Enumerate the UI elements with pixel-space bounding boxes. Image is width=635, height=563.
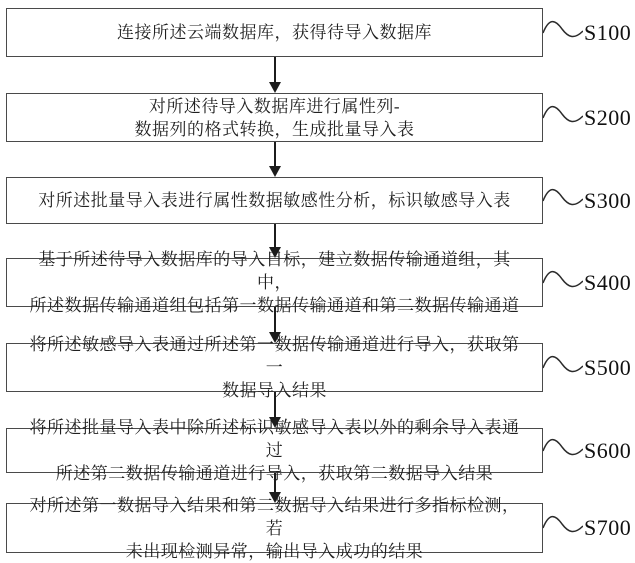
- arrow-head: [269, 417, 281, 428]
- flow-step-box-7: 对所述第一数据导入结果和第二数据导入结果进行多指标检测，若 未出现检测异常，输出…: [6, 503, 543, 553]
- flow-step-box-4: 基于所述待导入数据库的导入目标，建立数据传输通道组，其中， 所述数据传输通道组包…: [6, 258, 543, 307]
- step-id-label: S600: [584, 437, 631, 465]
- step-id-label: S500: [584, 354, 631, 382]
- flow-step-text-3: 对所述批量导入表进行属性数据敏感性分析，标识敏感导入表: [7, 189, 542, 212]
- arrow-shaft: [274, 473, 276, 492]
- step-id-label: S200: [584, 104, 631, 132]
- down-arrow-icon: [264, 392, 286, 428]
- squiggle-connector-icon: [543, 438, 583, 464]
- arrow-shaft: [274, 224, 276, 247]
- flow-step-box-6: 将所述批量导入表中除所述标识敏感导入表以外的剩余导入表通过 所述第二数据传输通道…: [6, 428, 543, 473]
- squiggle-connector-icon: [543, 105, 583, 131]
- step-label-group-5: S500: [543, 354, 631, 382]
- arrow-head: [269, 492, 281, 503]
- squiggle-connector-icon: [543, 20, 583, 46]
- arrow-head: [269, 332, 281, 343]
- arrow-shaft: [274, 392, 276, 417]
- arrow-head: [269, 247, 281, 258]
- step-id-label: S400: [584, 269, 631, 297]
- flowchart-figure: 连接所述云端数据库，获得待导入数据库 对所述待导入数据库进行属性列- 数据列的格…: [0, 0, 635, 563]
- squiggle-connector-icon: [543, 355, 583, 381]
- step-id-label: S700: [584, 514, 631, 542]
- down-arrow-icon: [264, 142, 286, 177]
- flow-step-box-3: 对所述批量导入表进行属性数据敏感性分析，标识敏感导入表: [6, 177, 543, 224]
- step-label-group-1: S100: [543, 19, 631, 47]
- arrow-head: [269, 166, 281, 177]
- arrow-shaft: [274, 142, 276, 166]
- flow-step-box-2: 对所述待导入数据库进行属性列- 数据列的格式转换，生成批量导入表: [6, 93, 543, 142]
- step-label-group-3: S300: [543, 187, 631, 215]
- squiggle-connector-icon: [543, 188, 583, 214]
- step-id-label: S100: [584, 19, 631, 47]
- step-label-group-2: S200: [543, 104, 631, 132]
- step-id-label: S300: [584, 187, 631, 215]
- squiggle-connector-icon: [543, 270, 583, 296]
- step-label-group-7: S700: [543, 514, 631, 542]
- down-arrow-icon: [264, 473, 286, 503]
- step-label-group-6: S600: [543, 437, 631, 465]
- flow-step-text-7: 对所述第一数据导入结果和第二数据导入结果进行多指标检测，若 未出现检测异常，输出…: [7, 494, 542, 563]
- flow-step-box-1: 连接所述云端数据库，获得待导入数据库: [6, 8, 543, 57]
- down-arrow-icon: [264, 307, 286, 343]
- arrow-shaft: [274, 57, 276, 82]
- flow-step-text-2: 对所述待导入数据库进行属性列- 数据列的格式转换，生成批量导入表: [7, 95, 542, 141]
- arrow-shaft: [274, 307, 276, 332]
- down-arrow-icon: [264, 224, 286, 258]
- flow-step-box-5: 将所述敏感导入表通过所述第一数据传输通道进行导入，获取第一 数据导入结果: [6, 343, 543, 392]
- flow-step-text-1: 连接所述云端数据库，获得待导入数据库: [7, 21, 542, 44]
- squiggle-connector-icon: [543, 515, 583, 541]
- step-label-group-4: S400: [543, 269, 631, 297]
- down-arrow-icon: [264, 57, 286, 93]
- arrow-head: [269, 82, 281, 93]
